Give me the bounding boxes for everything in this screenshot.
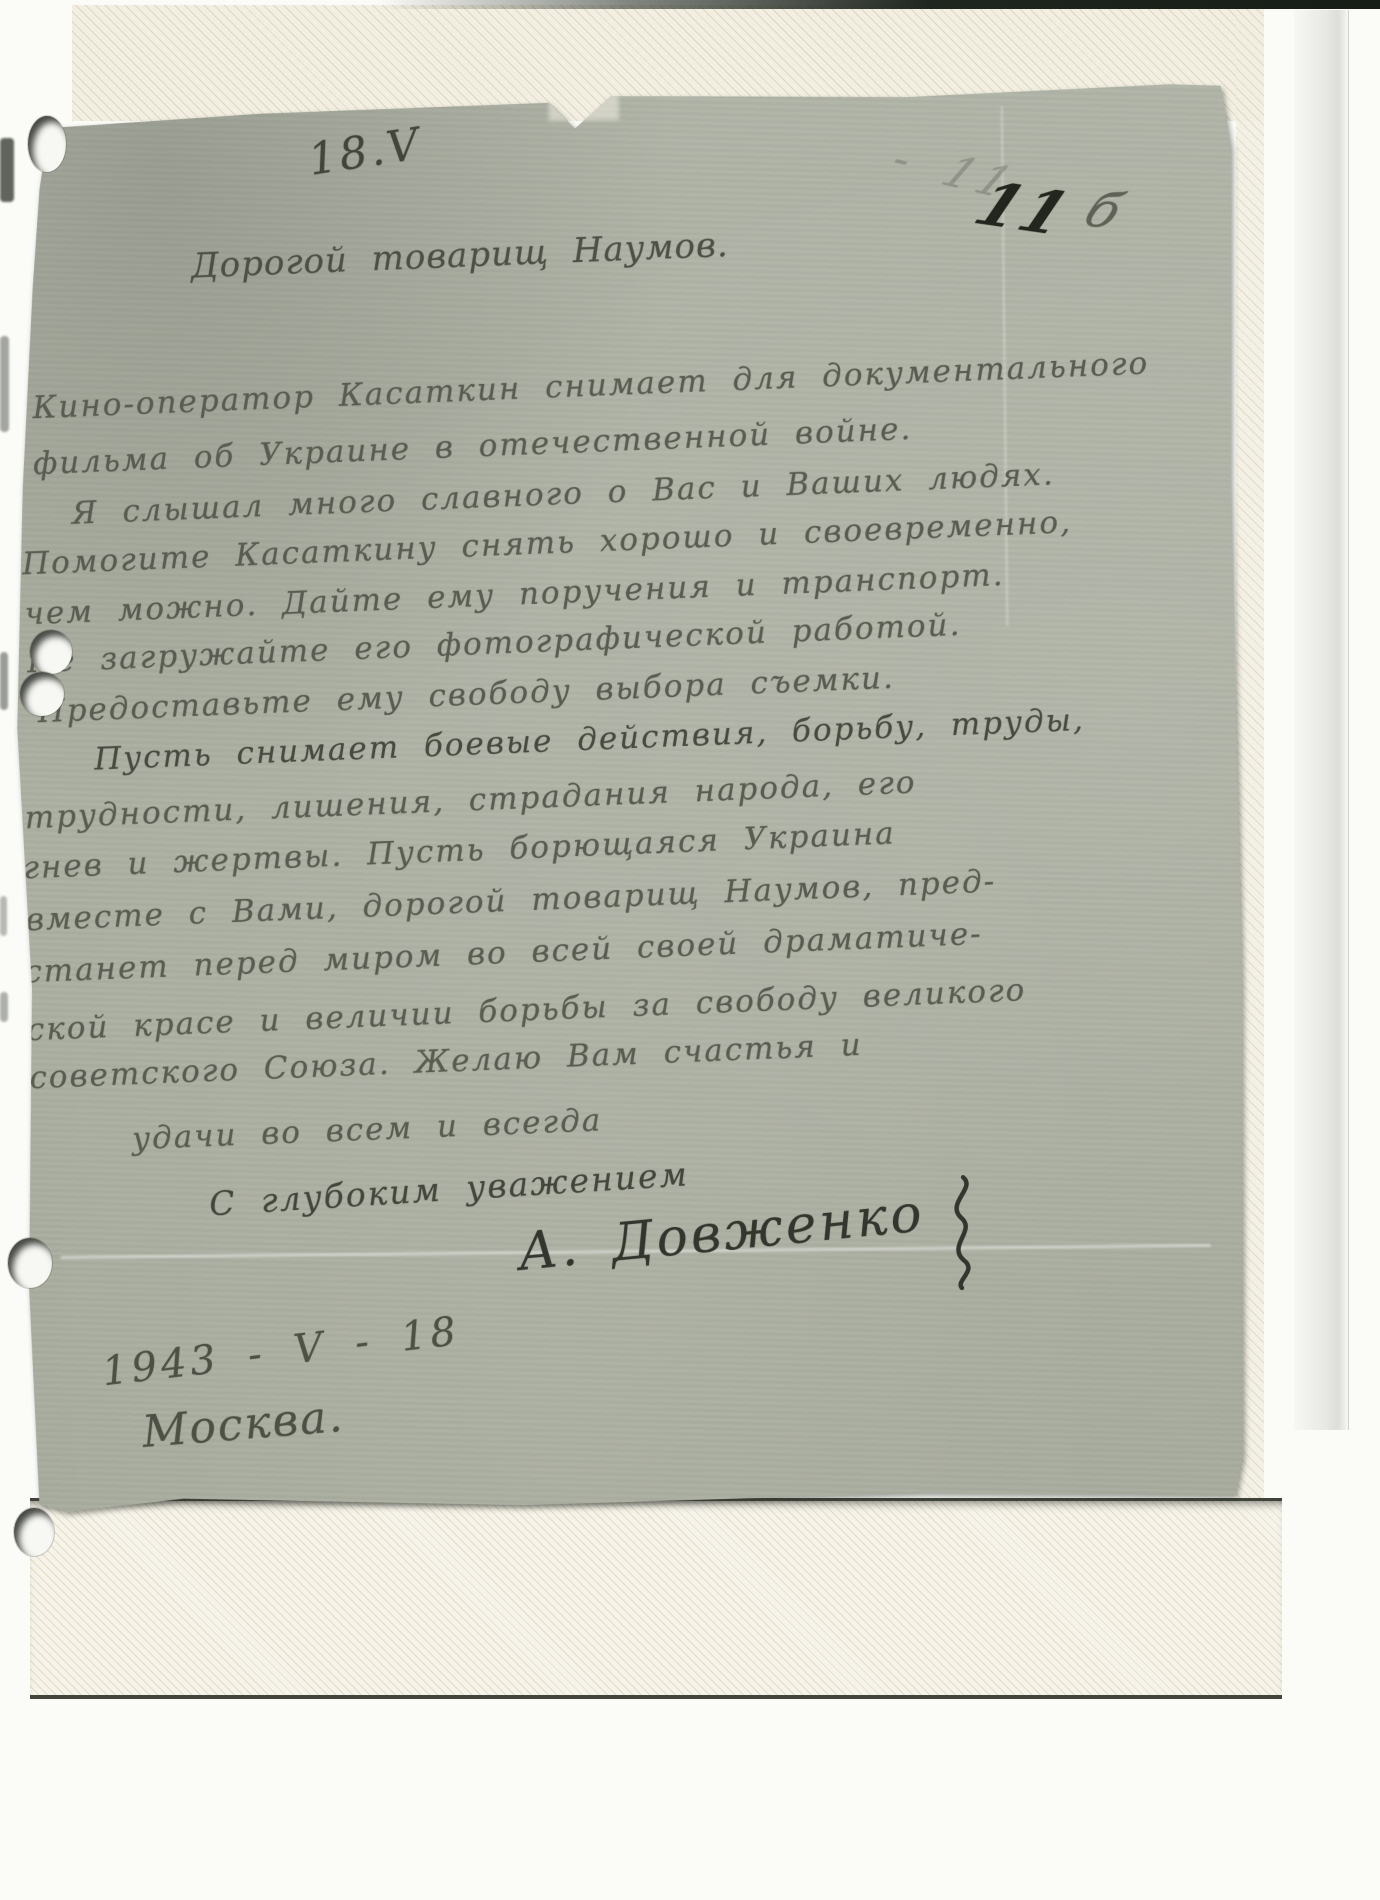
- scan-edge-smudge: [0, 138, 14, 202]
- scanned-letter-page: 18.V - 11 11б Дорогой товарищ Наумов. Ки…: [0, 0, 1380, 1900]
- place-line: Москва.: [140, 1391, 346, 1458]
- punch-hole: [30, 630, 72, 674]
- punch-hole: [8, 1238, 52, 1288]
- punch-hole: [14, 1508, 54, 1556]
- salutation-line: Дорогой товарищ Наумов.: [190, 225, 729, 287]
- scan-edge-smudge: [0, 992, 8, 1022]
- scanner-edge-bar: [378, 0, 1380, 9]
- handwritten-line: Кино-оператор Касаткин снимает для докум…: [32, 345, 1150, 426]
- signature-flourish-icon: [935, 1172, 986, 1293]
- scan-edge-smudge: [0, 336, 9, 432]
- backing-sheet-bottom: [30, 1498, 1282, 1699]
- archive-mark-dark: 11б: [964, 170, 1131, 256]
- torn-edge-chip: [549, 94, 619, 121]
- scan-edge-smudge: [0, 652, 8, 710]
- photo-paper: 18.V - 11 11б Дорогой товарищ Наумов. Ки…: [9, 76, 1250, 1513]
- letter-photograph: 18.V - 11 11б Дорогой товарищ Наумов. Ки…: [9, 76, 1250, 1513]
- signature: А. Довженко: [515, 1178, 986, 1335]
- date-line: 1943 - V - 18: [100, 1308, 462, 1395]
- handwritten-line: удачи во всем и всегда: [131, 1102, 603, 1157]
- date-note-top: 18.V: [305, 118, 425, 185]
- scan-edge-smudge: [0, 896, 7, 936]
- punch-hole: [20, 672, 64, 716]
- archive-number-suffix: б: [1076, 181, 1133, 241]
- backing-sheet-fold: [1294, 10, 1349, 1430]
- punch-hole: [28, 116, 66, 172]
